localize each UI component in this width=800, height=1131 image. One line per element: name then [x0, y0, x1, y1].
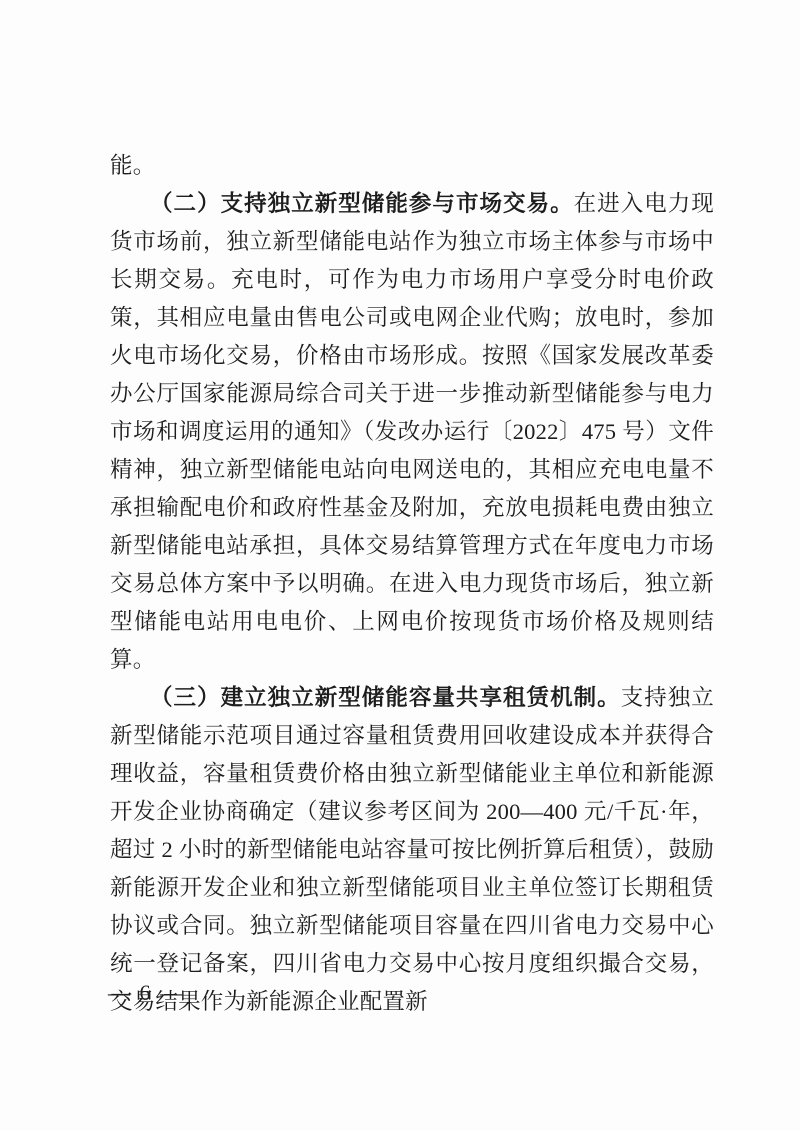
text-run: 在进入电力现货市场前，独立新型储能电站作为独立市场主体参与市场中长期交易。充电时…: [110, 191, 714, 672]
paragraph-1: 能。: [110, 147, 714, 185]
scanned-document-page: 能。（二）支持独立新型储能参与市场交易。在进入电力现货市场前，独立新型储能电站作…: [0, 0, 800, 1131]
text-run: 支持独立新型储能示范项目通过容量租赁费用回收建设成本并获得合理收益，容量租赁费价…: [110, 685, 714, 1014]
paragraph-3: （三）建立独立新型储能容量共享租赁机制。支持独立新型储能示范项目通过容量租赁费用…: [110, 679, 714, 1021]
page-number: — 6 —: [108, 974, 184, 1012]
paragraph-2: （二）支持独立新型储能参与市场交易。在进入电力现货市场前，独立新型储能电站作为独…: [110, 185, 714, 679]
heading-run: （二）支持独立新型储能参与市场交易。: [150, 191, 574, 216]
text-run: 能。: [110, 153, 155, 178]
heading-run: （三）建立独立新型储能容量共享租赁机制。: [150, 685, 621, 710]
document-body: 能。（二）支持独立新型储能参与市场交易。在进入电力现货市场前，独立新型储能电站作…: [110, 147, 714, 1021]
